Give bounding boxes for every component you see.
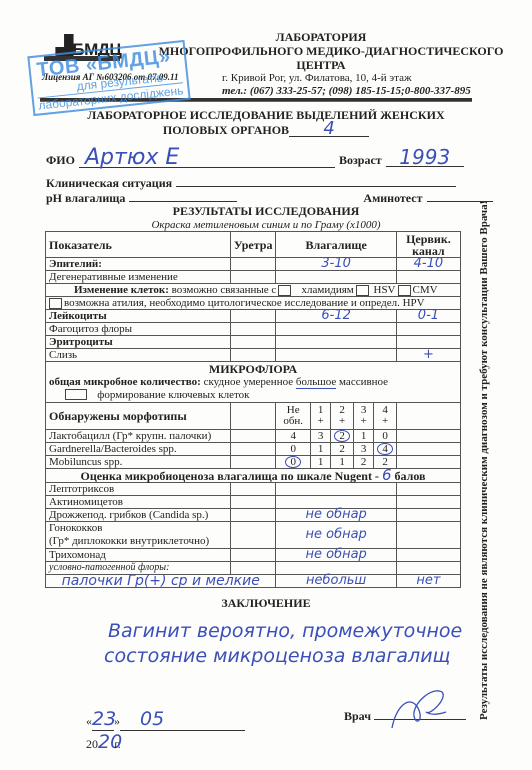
conclusion-line[interactable]: состояние микроценоза влагалищ <box>104 645 450 667</box>
cell-cervix[interactable] <box>396 483 460 496</box>
cell-vagina[interactable] <box>276 349 396 362</box>
score-cell[interactable]: 1 <box>353 430 373 443</box>
cell-urethra[interactable] <box>230 456 276 469</box>
morphotype-row: Mobiluncus spp.01122 <box>46 456 461 469</box>
row-label: Эритроциты <box>46 336 231 349</box>
score-cell[interactable]: 4 <box>276 430 310 443</box>
checkbox[interactable] <box>398 285 411 296</box>
cell-urethra[interactable] <box>230 549 276 562</box>
other-findings: ЛептотриксовАктиномицетовДрожжепод. гриб… <box>46 483 461 562</box>
table-row: Фагоцитоз флоры <box>46 323 461 336</box>
fio-label: ФИО <box>46 153 75 167</box>
fio-field[interactable]: Артюх Е <box>79 149 335 168</box>
morphotype-row: Gardnerella/Bacteroides spp.01234 <box>46 443 461 456</box>
cell-urethra[interactable] <box>230 496 276 509</box>
row-label: Лактобацилл (Гр* крупн. палочки) <box>46 430 231 443</box>
ph-field[interactable] <box>129 190 237 202</box>
morphotype-row: Лактобацилл (Гр* крупн. палочки)43210 <box>46 430 461 443</box>
score-cell[interactable]: 1 <box>331 456 354 469</box>
study-title-line: ПОЛОВЫХ ОРГАНОВ <box>163 123 289 137</box>
cell-urethra[interactable] <box>230 336 276 349</box>
col-header-indicator: Показатель <box>46 232 231 258</box>
row-label: Трихомонад <box>46 549 231 562</box>
row-label: Gardnerella/Bacteroides spp. <box>46 443 231 456</box>
date-month[interactable]: 05 <box>120 708 245 731</box>
table-row: Эритроциты <box>46 336 461 349</box>
checkbox[interactable] <box>278 285 291 296</box>
age-label: Возраст <box>339 153 382 167</box>
col-header-vagina: Влагалище <box>276 232 396 258</box>
row-label: Mobiluncus spp. <box>46 456 231 469</box>
cell-vagina[interactable] <box>276 483 396 496</box>
aminotest-label: Аминотест <box>363 191 422 205</box>
score-cell[interactable]: 2 <box>353 456 373 469</box>
row-label: Гонококков(Гр* диплококки внутриклеточно… <box>46 522 231 549</box>
table-row: Лептотриксов <box>46 483 461 496</box>
cell-vagina[interactable]: не обнар <box>276 549 396 562</box>
opportunistic-flora-description[interactable]: палочки Гр(+) ср и мелкие <box>46 575 276 588</box>
cell-urethra[interactable] <box>230 349 276 362</box>
date-row: «23»05 2020г. <box>86 708 283 753</box>
row-text: возможна атилия, необходимо цитологическ… <box>64 297 425 309</box>
table-row: Дегенеративные изменение <box>46 271 461 284</box>
row-label: Лептотриксов <box>46 483 231 496</box>
table-row: Слизь + <box>46 349 461 362</box>
cell-cervix[interactable] <box>396 456 460 469</box>
row-label: Эпителий: <box>46 258 231 271</box>
row-text: возможно связанные с <box>172 284 277 296</box>
score-cell[interactable]: 0 <box>276 456 310 469</box>
lab-phones: тел.: (067) 333-25-57; (098) 185-15-15;0… <box>222 85 471 97</box>
table-row: Дрожжепод. грибков (Candida sp.)не обнар <box>46 509 461 522</box>
cell-cervix[interactable] <box>396 430 460 443</box>
lab-address: г. Кривой Рог, ул. Филатова, 10, 4-й эта… <box>222 72 412 84</box>
cell-cervix[interactable]: 4-10 <box>396 258 460 271</box>
table-row: Гонококков(Гр* диплококки внутриклеточно… <box>46 522 461 549</box>
score-cell[interactable]: 0 <box>374 430 397 443</box>
study-title: ЛАБОРАТОРНОЕ ИССЛЕДОВАНИЕ ВЫДЕЛЕНИЙ ЖЕНС… <box>0 108 532 137</box>
table-row: палочки Гр(+) ср и мелкие небольш нет <box>46 575 461 588</box>
cell-cervix[interactable] <box>396 496 460 509</box>
checkbox[interactable] <box>356 285 369 296</box>
cell-cervix[interactable] <box>396 549 460 562</box>
ph-label: pH влагалища <box>46 191 125 205</box>
table-row: Лейкоциты 6-12 0-1 <box>46 310 461 323</box>
disclaimer-vertical: Результаты исследования не являются клин… <box>478 201 490 720</box>
score-cell[interactable]: 2 <box>331 430 354 443</box>
cell-urethra[interactable] <box>230 509 276 522</box>
table-row: возможна атилия, необходимо цитологическ… <box>46 297 461 310</box>
conclusion-line[interactable]: Вагинит вероятно, промежуточное <box>108 620 462 642</box>
table-row: Трихомонадне обнар <box>46 549 461 562</box>
table-row: Актиномицетов <box>46 496 461 509</box>
cell-cervix[interactable] <box>396 323 460 336</box>
date-day[interactable]: 23 <box>92 708 114 731</box>
study-title-line: ЛАБОРАТОРНОЕ ИССЛЕДОВАНИЕ ВЫДЕЛЕНИЙ ЖЕНС… <box>0 108 532 122</box>
study-number: 4 <box>289 122 369 137</box>
results-table: Показатель Уретра Влагалище Цервик. кана… <box>45 231 461 588</box>
nugent-label: Оценка микробиоценоза влагалища по шкале… <box>80 469 378 483</box>
score-cell[interactable]: 0 <box>276 443 310 456</box>
cell-urethra[interactable] <box>230 483 276 496</box>
table-row: Изменение клеток: возможно связанные с х… <box>46 284 461 297</box>
option-label: HSV <box>374 284 396 296</box>
cell-vagina[interactable]: не обнар <box>276 509 396 522</box>
selected-score-mark: 0 <box>285 456 301 468</box>
cell-vagina[interactable]: не обнар <box>276 522 396 549</box>
microflora-section: МИКРОФЛОРА общая микробное количество: с… <box>46 362 461 403</box>
cell-vagina[interactable] <box>276 323 396 336</box>
results-title: РЕЗУЛЬТАТЫ ИССЛЕДОВАНИЯ <box>0 204 532 219</box>
cell-vagina[interactable]: небольш <box>276 575 396 588</box>
checkbox[interactable] <box>65 389 87 400</box>
cell-urethra[interactable] <box>230 310 276 323</box>
row-label: Фагоцитоз флоры <box>46 323 231 336</box>
cell-urethra[interactable] <box>230 323 276 336</box>
clinical-label: Клиническая ситуация <box>46 176 172 190</box>
option-label: хламидиям <box>302 284 354 296</box>
nugent-row: Оценка микробиоценоза влагалища по шкале… <box>46 469 461 483</box>
cell-cervix[interactable] <box>396 509 460 522</box>
cell-cervix[interactable]: нет <box>396 575 460 588</box>
stain-method: Окраска метиленовым синим и по Граму (x1… <box>0 219 532 231</box>
score-cell[interactable]: 4 <box>374 443 397 456</box>
doctor-signature <box>388 686 458 730</box>
cell-vagina[interactable]: 3-10 <box>276 258 396 271</box>
cell-cervix[interactable]: 0-1 <box>396 310 460 323</box>
year-prefix: 20 <box>86 737 98 751</box>
fio-row: ФИО Артюх Е Возраст 1993 <box>46 148 464 169</box>
nugent-unit: балов <box>394 469 425 483</box>
cell-urethra[interactable] <box>230 271 276 284</box>
doctor-label: Врач <box>344 709 371 723</box>
cell-urethra[interactable] <box>230 443 276 456</box>
score-cell[interactable]: 1 <box>310 456 330 469</box>
score-cell[interactable]: 2 <box>331 443 354 456</box>
morphotype-rows: Лактобацилл (Гр* крупн. палочки)43210Gar… <box>46 430 461 469</box>
morphotype-header: Обнаружены морфотипы Необн. 1+ 2+ 3+ 4+ <box>46 403 461 430</box>
conclusion-title: ЗАКЛЮЧЕНИЕ <box>0 596 532 611</box>
lab-title-line: ЛАБОРАТОРИЯ <box>0 30 532 44</box>
clue-cells-label: формирование ключевых клеток <box>97 389 249 401</box>
cell-cervix[interactable] <box>396 271 460 284</box>
selected-score-mark: 4 <box>377 443 393 455</box>
checkbox[interactable] <box>49 298 62 309</box>
cell-cervix[interactable] <box>396 522 460 549</box>
cell-cervix[interactable]: + <box>396 349 460 362</box>
row-label: Актиномицетов <box>46 496 231 509</box>
microbial-count-options[interactable]: скудное умеренное большое массивное <box>204 376 388 389</box>
cell-vagina[interactable] <box>276 271 396 284</box>
morphotypes-label: Обнаружены морфотипы <box>46 403 231 430</box>
score-cell[interactable]: 1 <box>310 443 330 456</box>
year-mark: г. <box>114 737 121 751</box>
row-label: Изменение клеток: <box>74 284 169 296</box>
col-header-urethra: Уретра <box>230 232 276 258</box>
row-label: Дегенеративные изменение <box>46 271 231 284</box>
cell-vagina[interactable]: 6-12 <box>276 310 396 323</box>
microbial-count-label: общая микробное количество: <box>49 376 201 388</box>
cell-cervix[interactable] <box>396 443 460 456</box>
age-field[interactable]: 1993 <box>386 148 464 167</box>
row-label: Дрожжепод. грибков (Candida sp.) <box>46 509 231 522</box>
cell-urethra[interactable] <box>230 522 276 549</box>
clinical-field[interactable] <box>176 175 456 187</box>
col-header-cervix: Цервик. канал <box>396 232 460 258</box>
selected-score-mark: 2 <box>334 430 350 442</box>
option-label: CMV <box>413 284 438 296</box>
nugent-score[interactable]: 6 <box>382 466 392 484</box>
table-row: Эпителий: 3-10 4-10 <box>46 258 461 271</box>
score-cell[interactable]: 3 <box>353 443 373 456</box>
table-header: Показатель Уретра Влагалище Цервик. кана… <box>46 232 461 258</box>
cell-vagina[interactable] <box>276 336 396 349</box>
row-label: Лейкоциты <box>46 310 231 323</box>
row-label: Слизь <box>46 349 231 362</box>
cell-urethra[interactable] <box>230 430 276 443</box>
score-cell[interactable]: 3 <box>310 430 330 443</box>
microflora-title: МИКРОФЛОРА <box>49 363 457 376</box>
cell-urethra[interactable] <box>230 258 276 271</box>
